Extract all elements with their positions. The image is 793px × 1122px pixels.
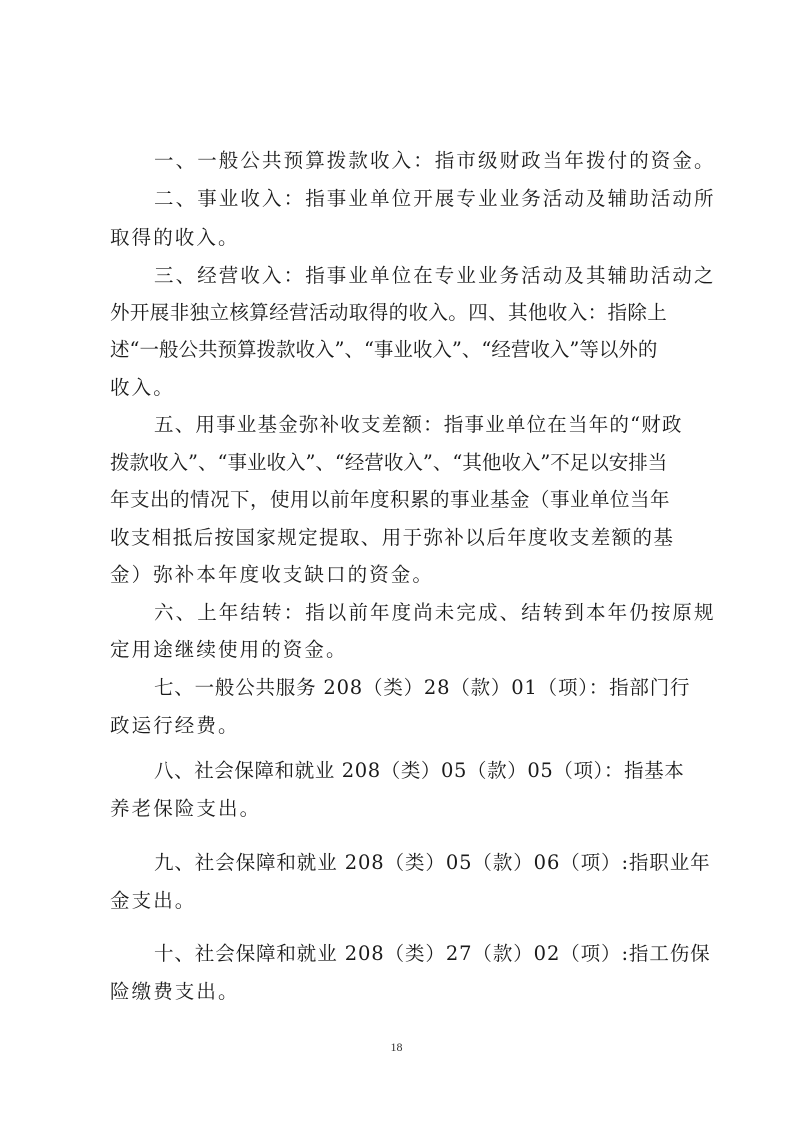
paragraph-8-line-2: 养老保险支出。: [110, 797, 700, 821]
paragraph-3-line-4: 收入。: [110, 376, 700, 400]
paragraph-10-line-2: 险缴费支出。: [110, 980, 700, 1004]
paragraph-3-line-3: 述“一般公共预算拨款收入”、“事业收入”、“经营收入”等以外的: [110, 338, 700, 362]
paragraph-8-line-1: 八、社会保障和就业 208（类）05（款）05（项）：指基本: [154, 759, 744, 783]
paragraph-6-line-1: 六、上年结转：指以前年度尚未完成、结转到本年仍按原规: [154, 601, 744, 625]
paragraph-2-line-1: 二、事业收入：指事业单位开展专业业务活动及辅助活动所: [154, 187, 744, 211]
paragraph-1-line-1: 一、一般公共预算拨款收入：指市级财政当年拨付的资金。: [154, 149, 744, 173]
paragraph-5-line-4: 收支相抵后按国家规定提取、用于弥补以后年度收支差额的基: [110, 526, 700, 550]
page-number: 18: [0, 1040, 793, 1055]
paragraph-10-line-1: 十、社会保障和就业 208（类）27（款）02（项）:指工伤保: [154, 942, 744, 966]
paragraph-5-line-2: 拨款收入”、“事业收入”、“经营收入”、“其他收入”不足以安排当: [110, 451, 700, 475]
paragraph-9-line-2: 金支出。: [110, 889, 700, 913]
paragraph-2-line-2: 取得的收入。: [110, 226, 700, 250]
paragraph-3-line-2: 外开展非独立核算经营活动取得的收入。四、其他收入：指除上: [110, 301, 700, 325]
paragraph-5-line-5: 金）弥补本年度收支缺口的资金。: [110, 563, 700, 587]
paragraph-6-line-2: 定用途继续使用的资金。: [110, 638, 700, 662]
paragraph-3-line-1: 三、经营收入：指事业单位在专业业务活动及其辅助活动之: [154, 264, 744, 288]
document-page: 一、一般公共预算拨款收入：指市级财政当年拨付的资金。 二、事业收入：指事业单位开…: [0, 0, 793, 1122]
paragraph-9-line-1: 九、社会保障和就业 208（类）05（款）06（项）:指职业年: [154, 851, 744, 875]
paragraph-5-line-3: 年支出的情况下，使用以前年度积累的事业基金（事业单位当年: [110, 488, 700, 512]
paragraph-7-line-2: 政运行经费。: [110, 714, 700, 738]
paragraph-5-line-1: 五、用事业基金弥补收支差额：指事业单位在当年的“财政: [154, 413, 744, 437]
paragraph-7-line-1: 七、一般公共服务 208（类）28（款）01（项）：指部门行: [154, 676, 744, 700]
